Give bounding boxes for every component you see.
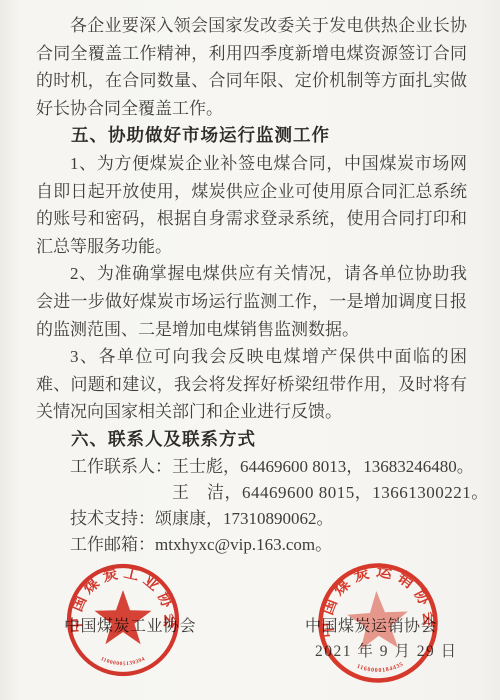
section-5-item-2: 2、为准确掌握电煤供应有关情况，请各单位协助我会进一步做好煤炭市场运行监测工作，… (36, 260, 467, 343)
section-5-item-1: 1、为方便煤炭企业补签电煤合同，中国煤炭市场网自即日起开放使用，煤炭供应企业可使… (36, 150, 467, 260)
red-seal-right-icon: 中国煤炭运销协会 1160000184435 (294, 539, 462, 700)
contact-person-line-1: 工作联系人：王士彪，64469600 8013，13683246480。 (36, 454, 467, 480)
svg-text:11000005139394: 11000005139394 (100, 656, 147, 667)
section-5-item-3: 3、各单位可向我会反映电煤增产保供中面临的困难、问题和建议，我会将发挥好桥梁纽带… (36, 343, 467, 426)
scanned-document-page: 各企业要深入领会国家发改委关于发电供热企业长协合同全覆盖工作精神，利用四季度新增… (0, 0, 500, 700)
section-6-heading: 六、联系人及联系方式 (36, 426, 467, 454)
contact-person-line-2: 王 洁，64469600 8015，13661300221。 (36, 480, 467, 506)
seal-left-serial: 11000005139394 (100, 656, 147, 667)
seal-star-icon (94, 590, 151, 644)
svg-text:1160000184435: 1160000184435 (355, 661, 405, 675)
document-body: 各企业要深入领会国家发改委关于发电供热企业长协合同全覆盖工作精神，利用四季度新增… (36, 12, 467, 558)
paragraph-intro: 各企业要深入领会国家发改委关于发电供热企业长协合同全覆盖工作精神，利用四季度新增… (36, 12, 467, 122)
section-5-heading: 五、协助做好市场运行监测工作 (36, 122, 467, 150)
seal-right-serial: 1160000184435 (355, 661, 405, 675)
seal-star-icon (346, 589, 410, 650)
tech-support-line: 技术支持：颂康康，17310890062。 (36, 506, 467, 532)
red-seal-left-icon: 中国煤炭工业协会 11000005139394 (48, 545, 198, 695)
